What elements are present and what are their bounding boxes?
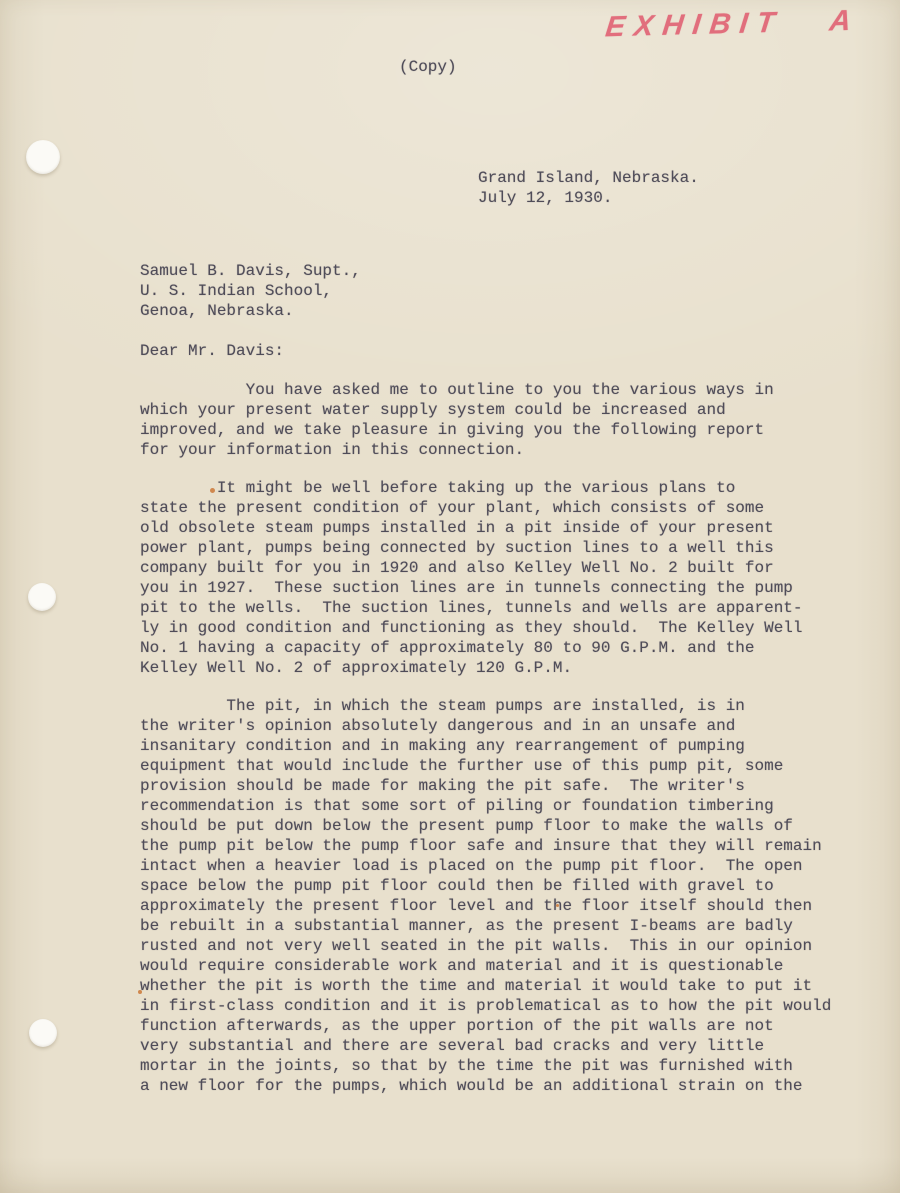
letter-line: pit to the wells. The suction lines, tun…: [140, 598, 852, 618]
letter-line: mortar in the joints, so that by the tim…: [140, 1056, 852, 1076]
paragraph-1: You have asked me to outline to you the …: [140, 380, 852, 460]
letter-line: provision should be made for making the …: [140, 776, 852, 796]
letter-page: EXHIBIT A (Copy) Grand Island, Nebraska.…: [0, 0, 900, 1193]
copy-label: (Copy): [399, 57, 457, 77]
letter-line: power plant, pumps being connected by su…: [140, 538, 852, 558]
letter-line: the writer's opinion absolutely dangerou…: [140, 716, 852, 736]
letter-line: whether the pit is worth the time and ma…: [140, 976, 852, 996]
letter-line: should be put down below the present pum…: [140, 816, 852, 836]
letter-line: The pit, in which the steam pumps are in…: [140, 696, 852, 716]
letter-line: in first-class condition and it is probl…: [140, 996, 852, 1016]
letter-line: function afterwards, as the upper portio…: [140, 1016, 852, 1036]
letter-line: rusted and not very well seated in the p…: [140, 936, 852, 956]
punch-hole: [26, 140, 60, 174]
ink-speck: [138, 990, 142, 994]
letter-line: a new floor for the pumps, which would b…: [140, 1076, 852, 1096]
letter-line: It might be well before taking up the va…: [140, 478, 852, 498]
exhibit-annotation: EXHIBIT A: [604, 5, 862, 45]
letter-line: Genoa, Nebraska.: [140, 301, 361, 321]
letter-line: approximately the present floor level an…: [140, 896, 852, 916]
ink-speck: [210, 488, 215, 493]
punch-hole: [28, 583, 56, 611]
letter-line: ly in good condition and functioning as …: [140, 618, 852, 638]
place-line: Grand Island, Nebraska.: [478, 168, 699, 188]
letter-line: old obsolete steam pumps installed in a …: [140, 518, 852, 538]
letter-line: space below the pump pit floor could the…: [140, 876, 852, 896]
letter-line: the pump pit below the pump floor safe a…: [140, 836, 852, 856]
letter-body: You have asked me to outline to you the …: [140, 380, 852, 1096]
letter-line: improved, and we take pleasure in giving…: [140, 420, 852, 440]
recipient-address: Samuel B. Davis, Supt.,U. S. Indian Scho…: [140, 261, 361, 321]
letter-line: No. 1 having a capacity of approximately…: [140, 638, 852, 658]
letter-line: insanitary condition and in making any r…: [140, 736, 852, 756]
ink-speck: [556, 904, 559, 907]
exhibit-letter: A: [828, 5, 862, 39]
letter-line: state the present condition of your plan…: [140, 498, 852, 518]
place-date-block: Grand Island, Nebraska. July 12, 1930.: [478, 168, 699, 208]
letter-line: U. S. Indian School,: [140, 281, 361, 301]
exhibit-word: EXHIBIT: [604, 7, 786, 45]
letter-line: Kelley Well No. 2 of approximately 120 G…: [140, 658, 852, 678]
letter-line: would require considerable work and mate…: [140, 956, 852, 976]
letter-line: which your present water supply system c…: [140, 400, 852, 420]
letter-line: company built for you in 1920 and also K…: [140, 558, 852, 578]
letter-line: equipment that would include the further…: [140, 756, 852, 776]
letter-line: intact when a heavier load is placed on …: [140, 856, 852, 876]
letter-line: for your information in this connection.: [140, 440, 852, 460]
letter-line: recommendation is that some sort of pili…: [140, 796, 852, 816]
letter-line: You have asked me to outline to you the …: [140, 380, 852, 400]
punch-hole: [29, 1019, 57, 1047]
letter-line: you in 1927. These suction lines are in …: [140, 578, 852, 598]
letter-line: Samuel B. Davis, Supt.,: [140, 261, 361, 281]
letter-line: be rebuilt in a substantial manner, as t…: [140, 916, 852, 936]
date-line: July 12, 1930.: [478, 188, 699, 208]
salutation: Dear Mr. Davis:: [140, 341, 284, 361]
letter-line: very substantial and there are several b…: [140, 1036, 852, 1056]
paragraph-2: It might be well before taking up the va…: [140, 478, 852, 678]
paragraph-3: The pit, in which the steam pumps are in…: [140, 696, 852, 1096]
